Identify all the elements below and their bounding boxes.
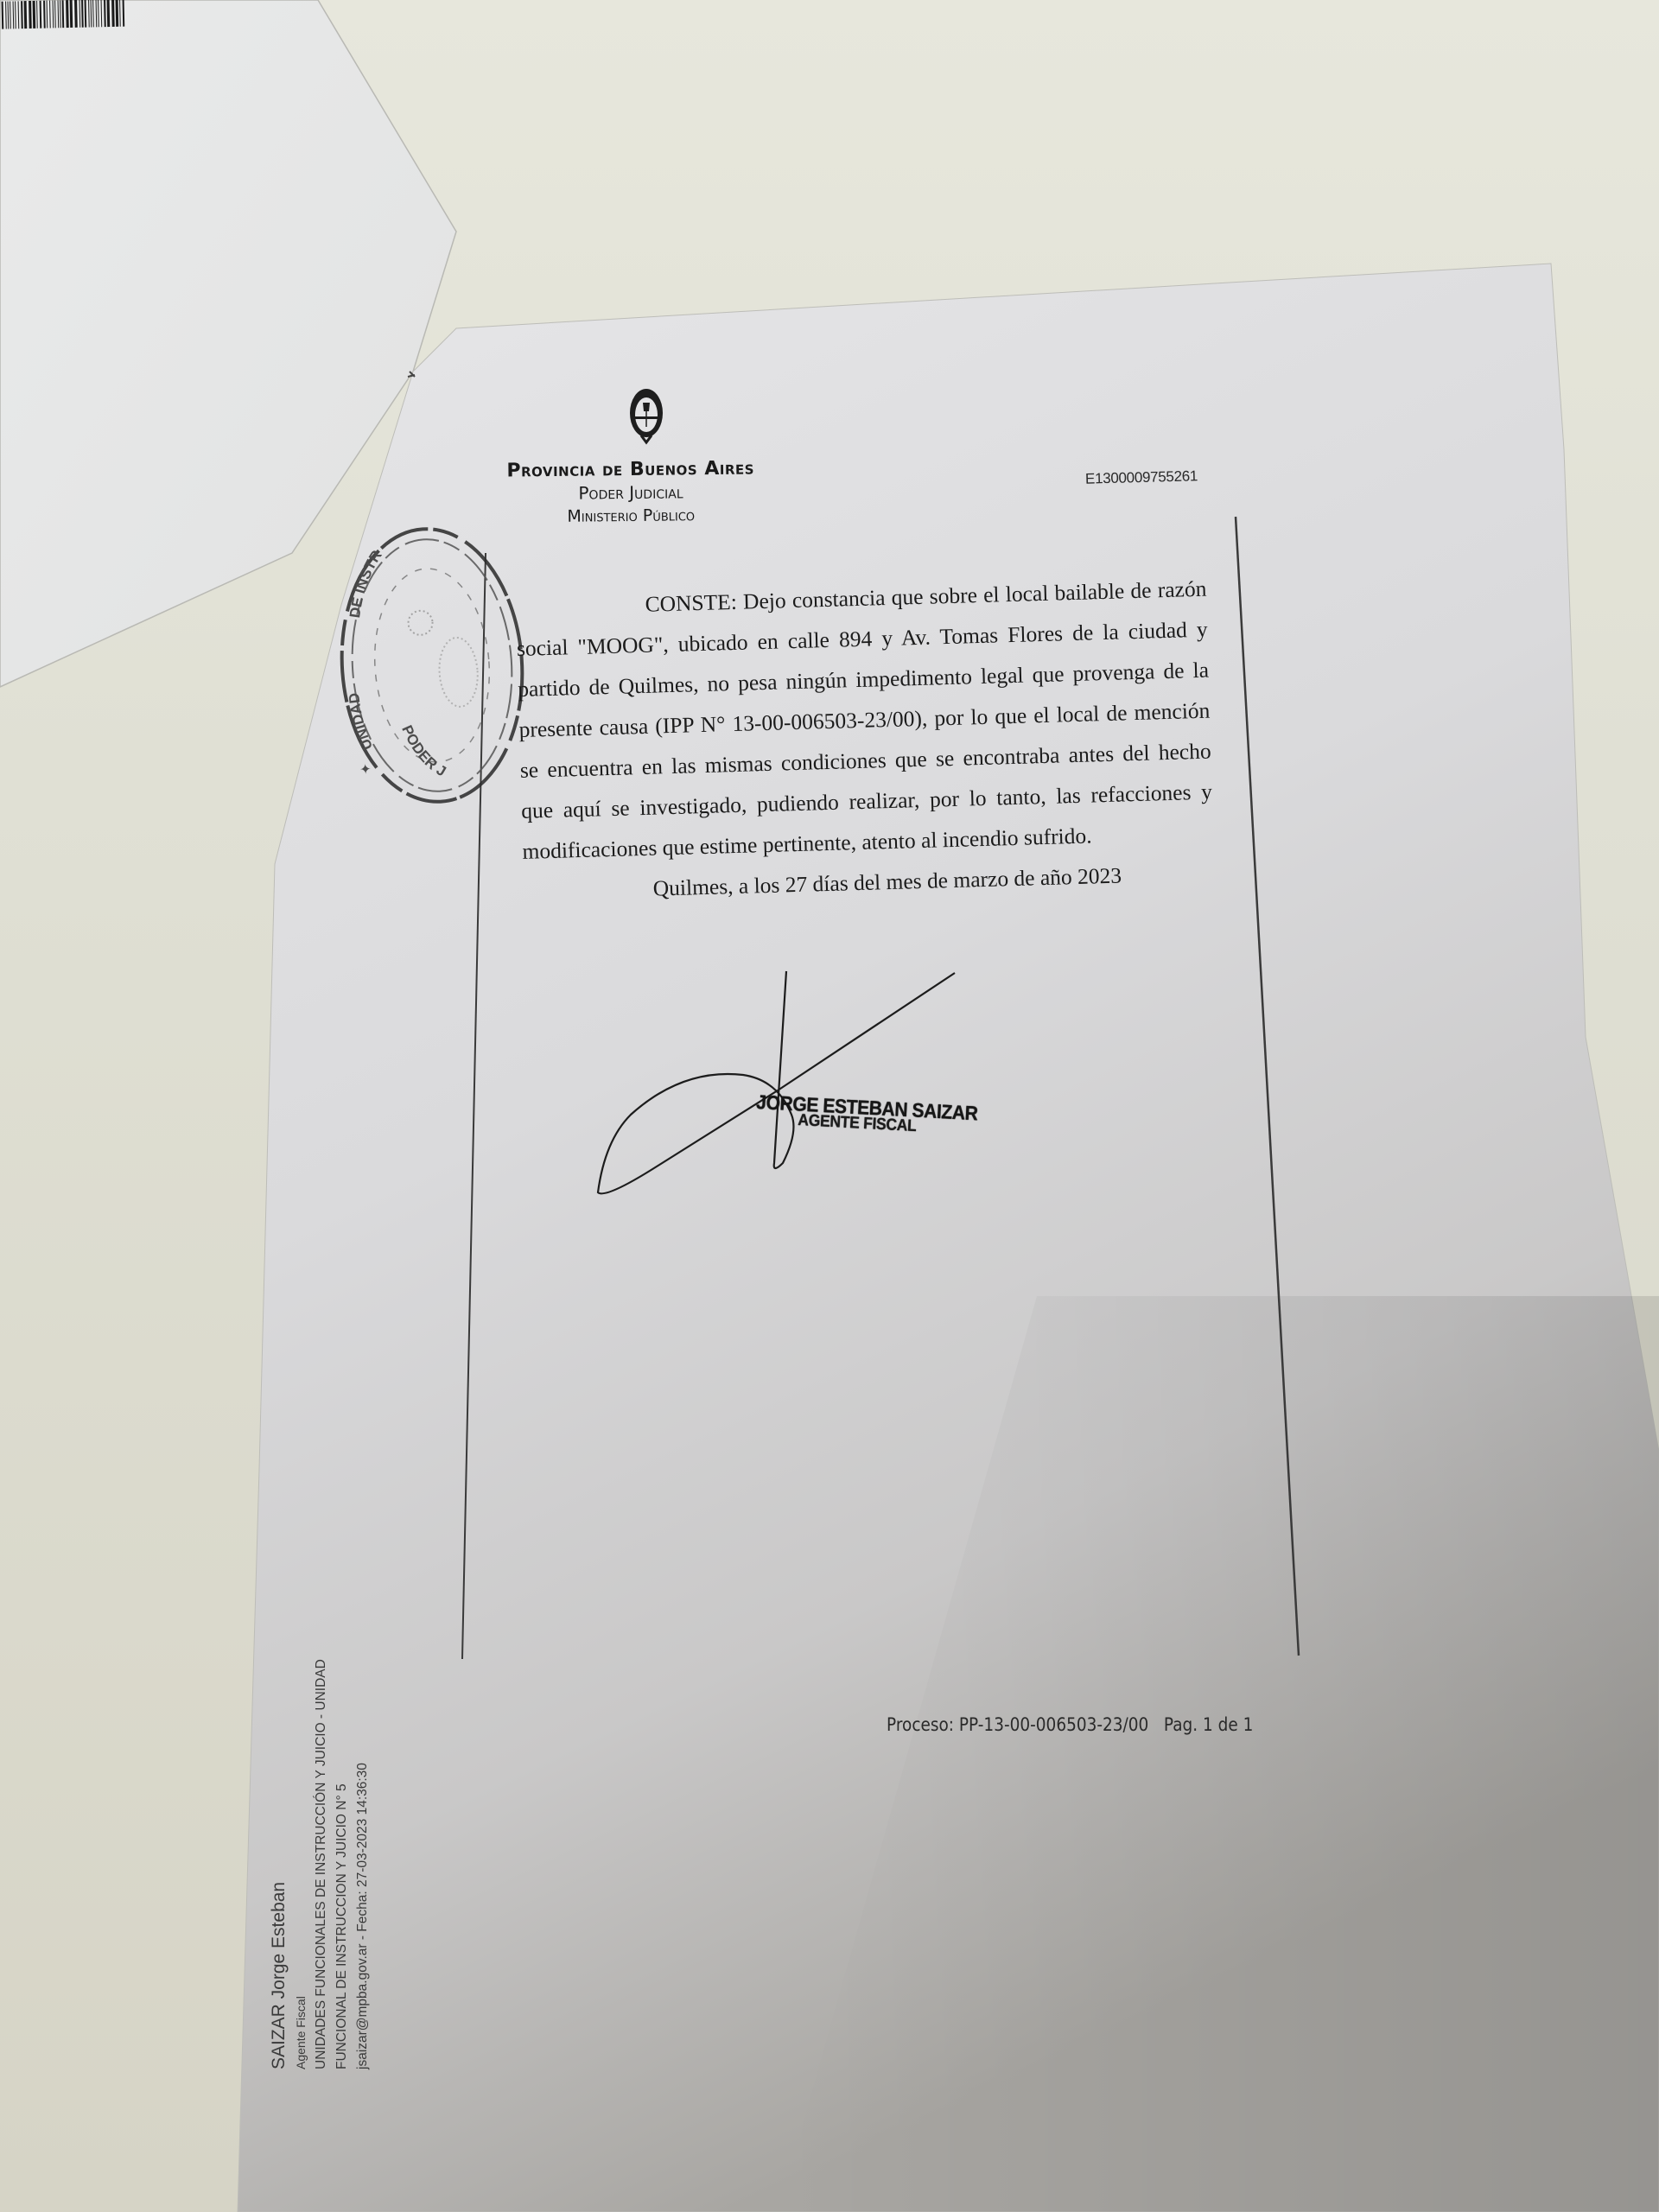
letterhead-province: Provincia de Buenos Aires <box>484 456 778 483</box>
page-number: Pag. 1 de 1 <box>1164 1714 1253 1735</box>
signer-unit-line1: UNIDADES FUNCIONALES DE INSTRUCCIÓN Y JU… <box>311 1659 332 2069</box>
signer-contact-date: jsaizar@mpba.gov.ar - Fecha: 27-03-2023 … <box>353 1659 373 2069</box>
body-paragraph: CONSTE: Dejo constancia que sobre el loc… <box>515 569 1214 872</box>
footer-reference: Proceso: PP-13-00-006503-23/00 Pag. 1 de… <box>887 1714 1253 1735</box>
letterhead-ministry: Ministerio Público <box>484 503 778 530</box>
signer-name: SAIZAR Jorge Esteban <box>268 1659 290 2069</box>
barcode-icon <box>0 0 138 38</box>
letterhead-judicial-power: Poder Judicial <box>484 480 778 506</box>
signer-role: Agente Fiscal <box>290 1659 311 2069</box>
process-number: Proceso: PP-13-00-006503-23/00 <box>887 1714 1148 1735</box>
letterhead: Provincia de Buenos Aires Poder Judicial… <box>484 456 779 530</box>
barcode-number: E1300009755261 <box>1085 467 1198 487</box>
svg-text:✦: ✦ <box>359 762 372 778</box>
document-page: DE INSTR UNIDAD PODER J ✦ Provincia de B… <box>0 0 1659 2212</box>
signer-unit-line2: FUNCIONAL DE INSTRUCCION Y JUICIO N° 5 <box>332 1659 353 2069</box>
digital-signature-info: SAIZAR Jorge Esteban Agente Fiscal UNIDA… <box>268 1659 373 2069</box>
document-body: CONSTE: Dejo constancia que sobre el loc… <box>515 569 1215 912</box>
